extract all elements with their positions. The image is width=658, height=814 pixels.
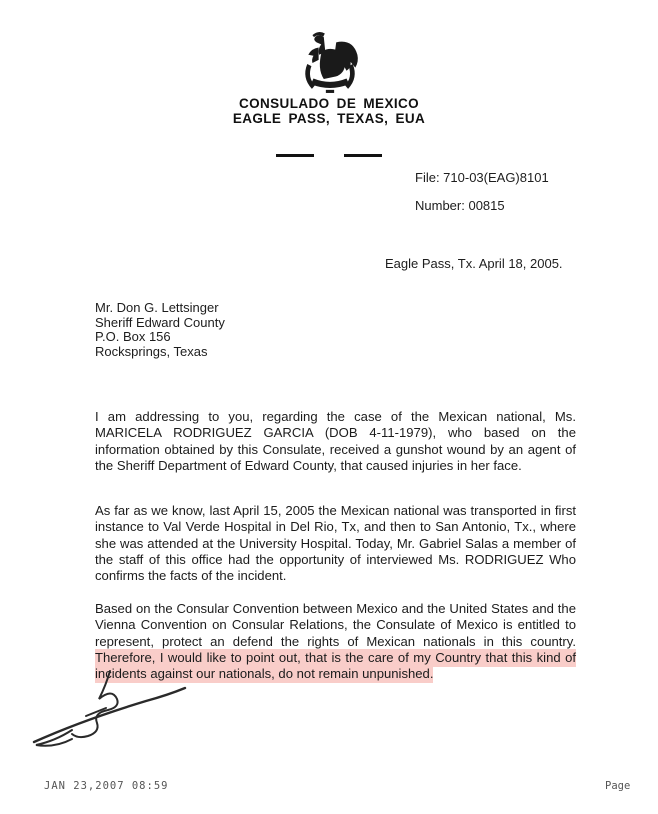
letterhead-title: CONSULADO DE MEXICO EAGLE PASS, TEXAS, E…: [0, 96, 658, 126]
divider-bar-right: [344, 154, 382, 157]
body-paragraph-2: As far as we know, last April 15, 2005 t…: [95, 503, 576, 584]
recipient-name: Mr. Don G. Lettsinger: [95, 301, 225, 316]
letterhead-org-name: CONSULADO DE MEXICO: [0, 96, 658, 111]
paragraph-3-plain-text: Based on the Consular Convention between…: [95, 601, 576, 648]
fax-timestamp: JAN 23,2007 08:59: [44, 780, 168, 792]
divider-bar-left: [276, 154, 314, 157]
letterhead-divider: [0, 144, 658, 162]
recipient-po-box: P.O. Box 156: [95, 330, 225, 345]
mexican-coat-of-arms-icon: [299, 26, 361, 100]
reference-block: File: 710-03(EAG)8101 Number: 00815: [415, 170, 549, 226]
dateline: Eagle Pass, Tx. April 18, 2005.: [385, 256, 563, 271]
recipient-city: Rocksprings, Texas: [95, 345, 225, 360]
recipient-address: Mr. Don G. Lettsinger Sheriff Edward Cou…: [95, 301, 225, 359]
signature-scribble: [28, 668, 198, 768]
body-paragraph-1: I am addressing to you, regarding the ca…: [95, 409, 576, 474]
file-number: File: 710-03(EAG)8101: [415, 170, 549, 185]
recipient-title: Sheriff Edward County: [95, 316, 225, 331]
letterhead-org-location: EAGLE PASS, TEXAS, EUA: [0, 111, 658, 126]
letter-page: CONSULADO DE MEXICO EAGLE PASS, TEXAS, E…: [0, 0, 658, 814]
document-number: Number: 00815: [415, 198, 549, 213]
page-label: Page: [605, 780, 630, 792]
